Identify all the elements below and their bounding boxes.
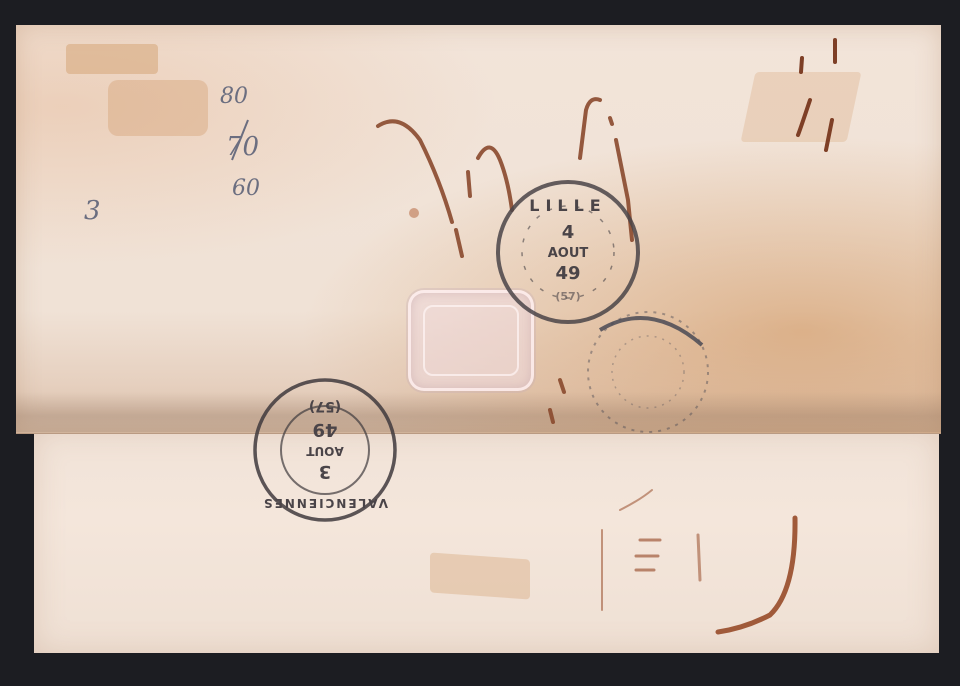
valenciennes-year: 49: [305, 419, 345, 440]
faint-postmark: [588, 312, 708, 432]
valenciennes-text-group: VALENCIENNES 3 AOUT 49 (57): [255, 380, 395, 520]
lille-department: (57): [538, 290, 598, 303]
valenciennes-month: AOUT: [295, 444, 355, 458]
lille-day: 4: [548, 222, 588, 243]
valenciennes-day: 3: [305, 461, 345, 482]
crayon-marks-top-right: [798, 40, 835, 150]
crayon-hook-bottom-right: [602, 490, 795, 632]
red-dot: [409, 208, 419, 218]
ink-marks-layer: [0, 0, 960, 686]
lille-town: LILLE: [518, 196, 618, 215]
valenciennes-department: (57): [295, 398, 355, 414]
lille-month: AOUT: [535, 246, 601, 261]
letter-photo: 80 70 60 3: [0, 0, 960, 686]
valenciennes-town: VALENCIENNES: [255, 496, 395, 510]
lille-year: 49: [548, 263, 588, 284]
